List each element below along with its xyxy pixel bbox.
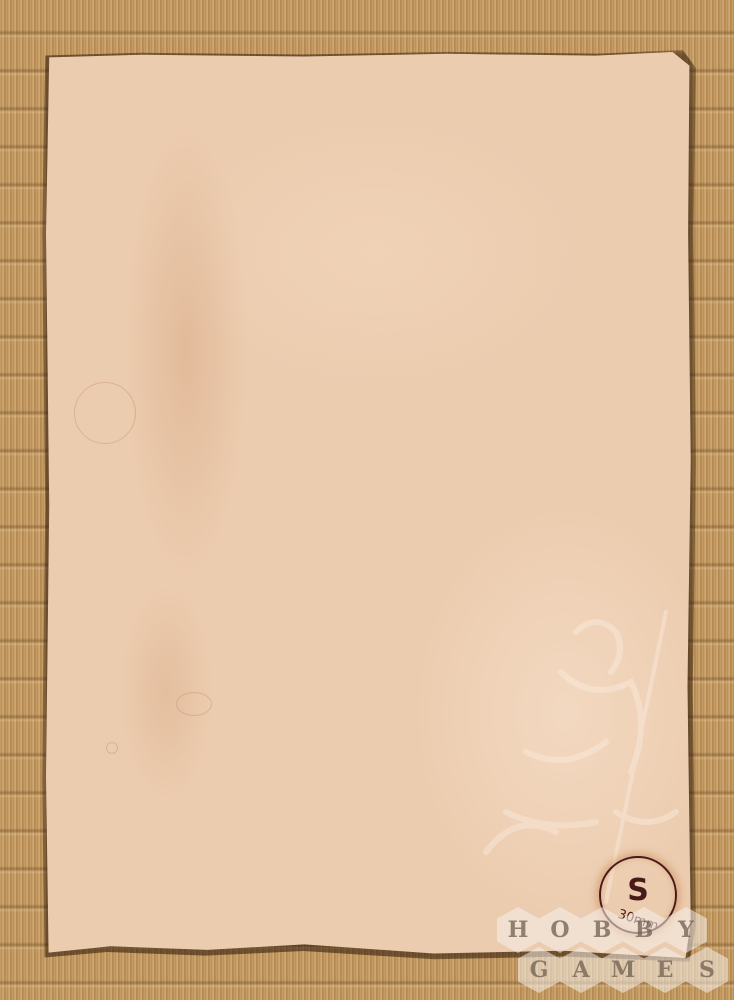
stain-ring bbox=[176, 692, 212, 716]
parchment-card bbox=[46, 52, 692, 958]
ghost-samurai-illustration bbox=[466, 552, 706, 912]
stain-ring bbox=[74, 382, 136, 444]
stamp-letter: S bbox=[627, 876, 649, 906]
stain-ring bbox=[106, 742, 118, 754]
